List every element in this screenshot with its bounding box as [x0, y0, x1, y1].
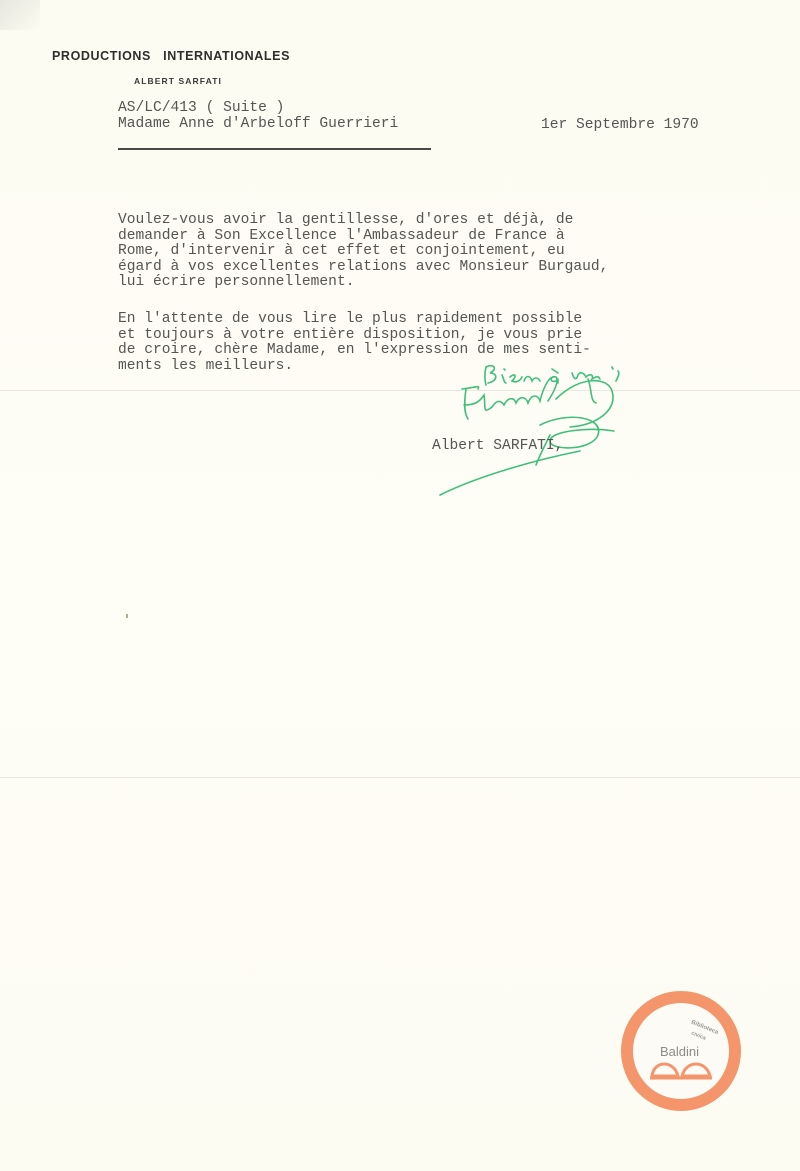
paper-speck [126, 614, 128, 618]
body-paragraph-1: Voulez-vous avoir la gentillesse, d'ores… [118, 213, 608, 291]
typed-signature-name: Albert SARFATI, [432, 439, 563, 455]
handwritten-signature [420, 355, 670, 505]
header-rule [118, 148, 431, 150]
fold-line [0, 777, 800, 778]
fold-line [0, 390, 800, 391]
letter-page: PRODUCTIONS INTERNATIONALES ALBERT SARFA… [0, 0, 800, 1171]
letterhead-name: ALBERT SARFATI [134, 76, 222, 86]
stamp-label-main: Baldini [660, 1044, 699, 1059]
paper-crease [0, 0, 40, 30]
letter-date: 1er Septembre 1970 [541, 118, 699, 134]
reference-block: AS/LC/413 ( Suite ) Madame Anne d'Arbelo… [118, 101, 398, 132]
recipient-line: Madame Anne d'Arbeloff Guerrieri [118, 116, 398, 132]
library-stamp: Biblioteca civica Baldini [620, 990, 742, 1112]
letterhead-company: PRODUCTIONS INTERNATIONALES [52, 49, 290, 63]
reference-line: AS/LC/413 ( Suite ) [118, 100, 284, 116]
